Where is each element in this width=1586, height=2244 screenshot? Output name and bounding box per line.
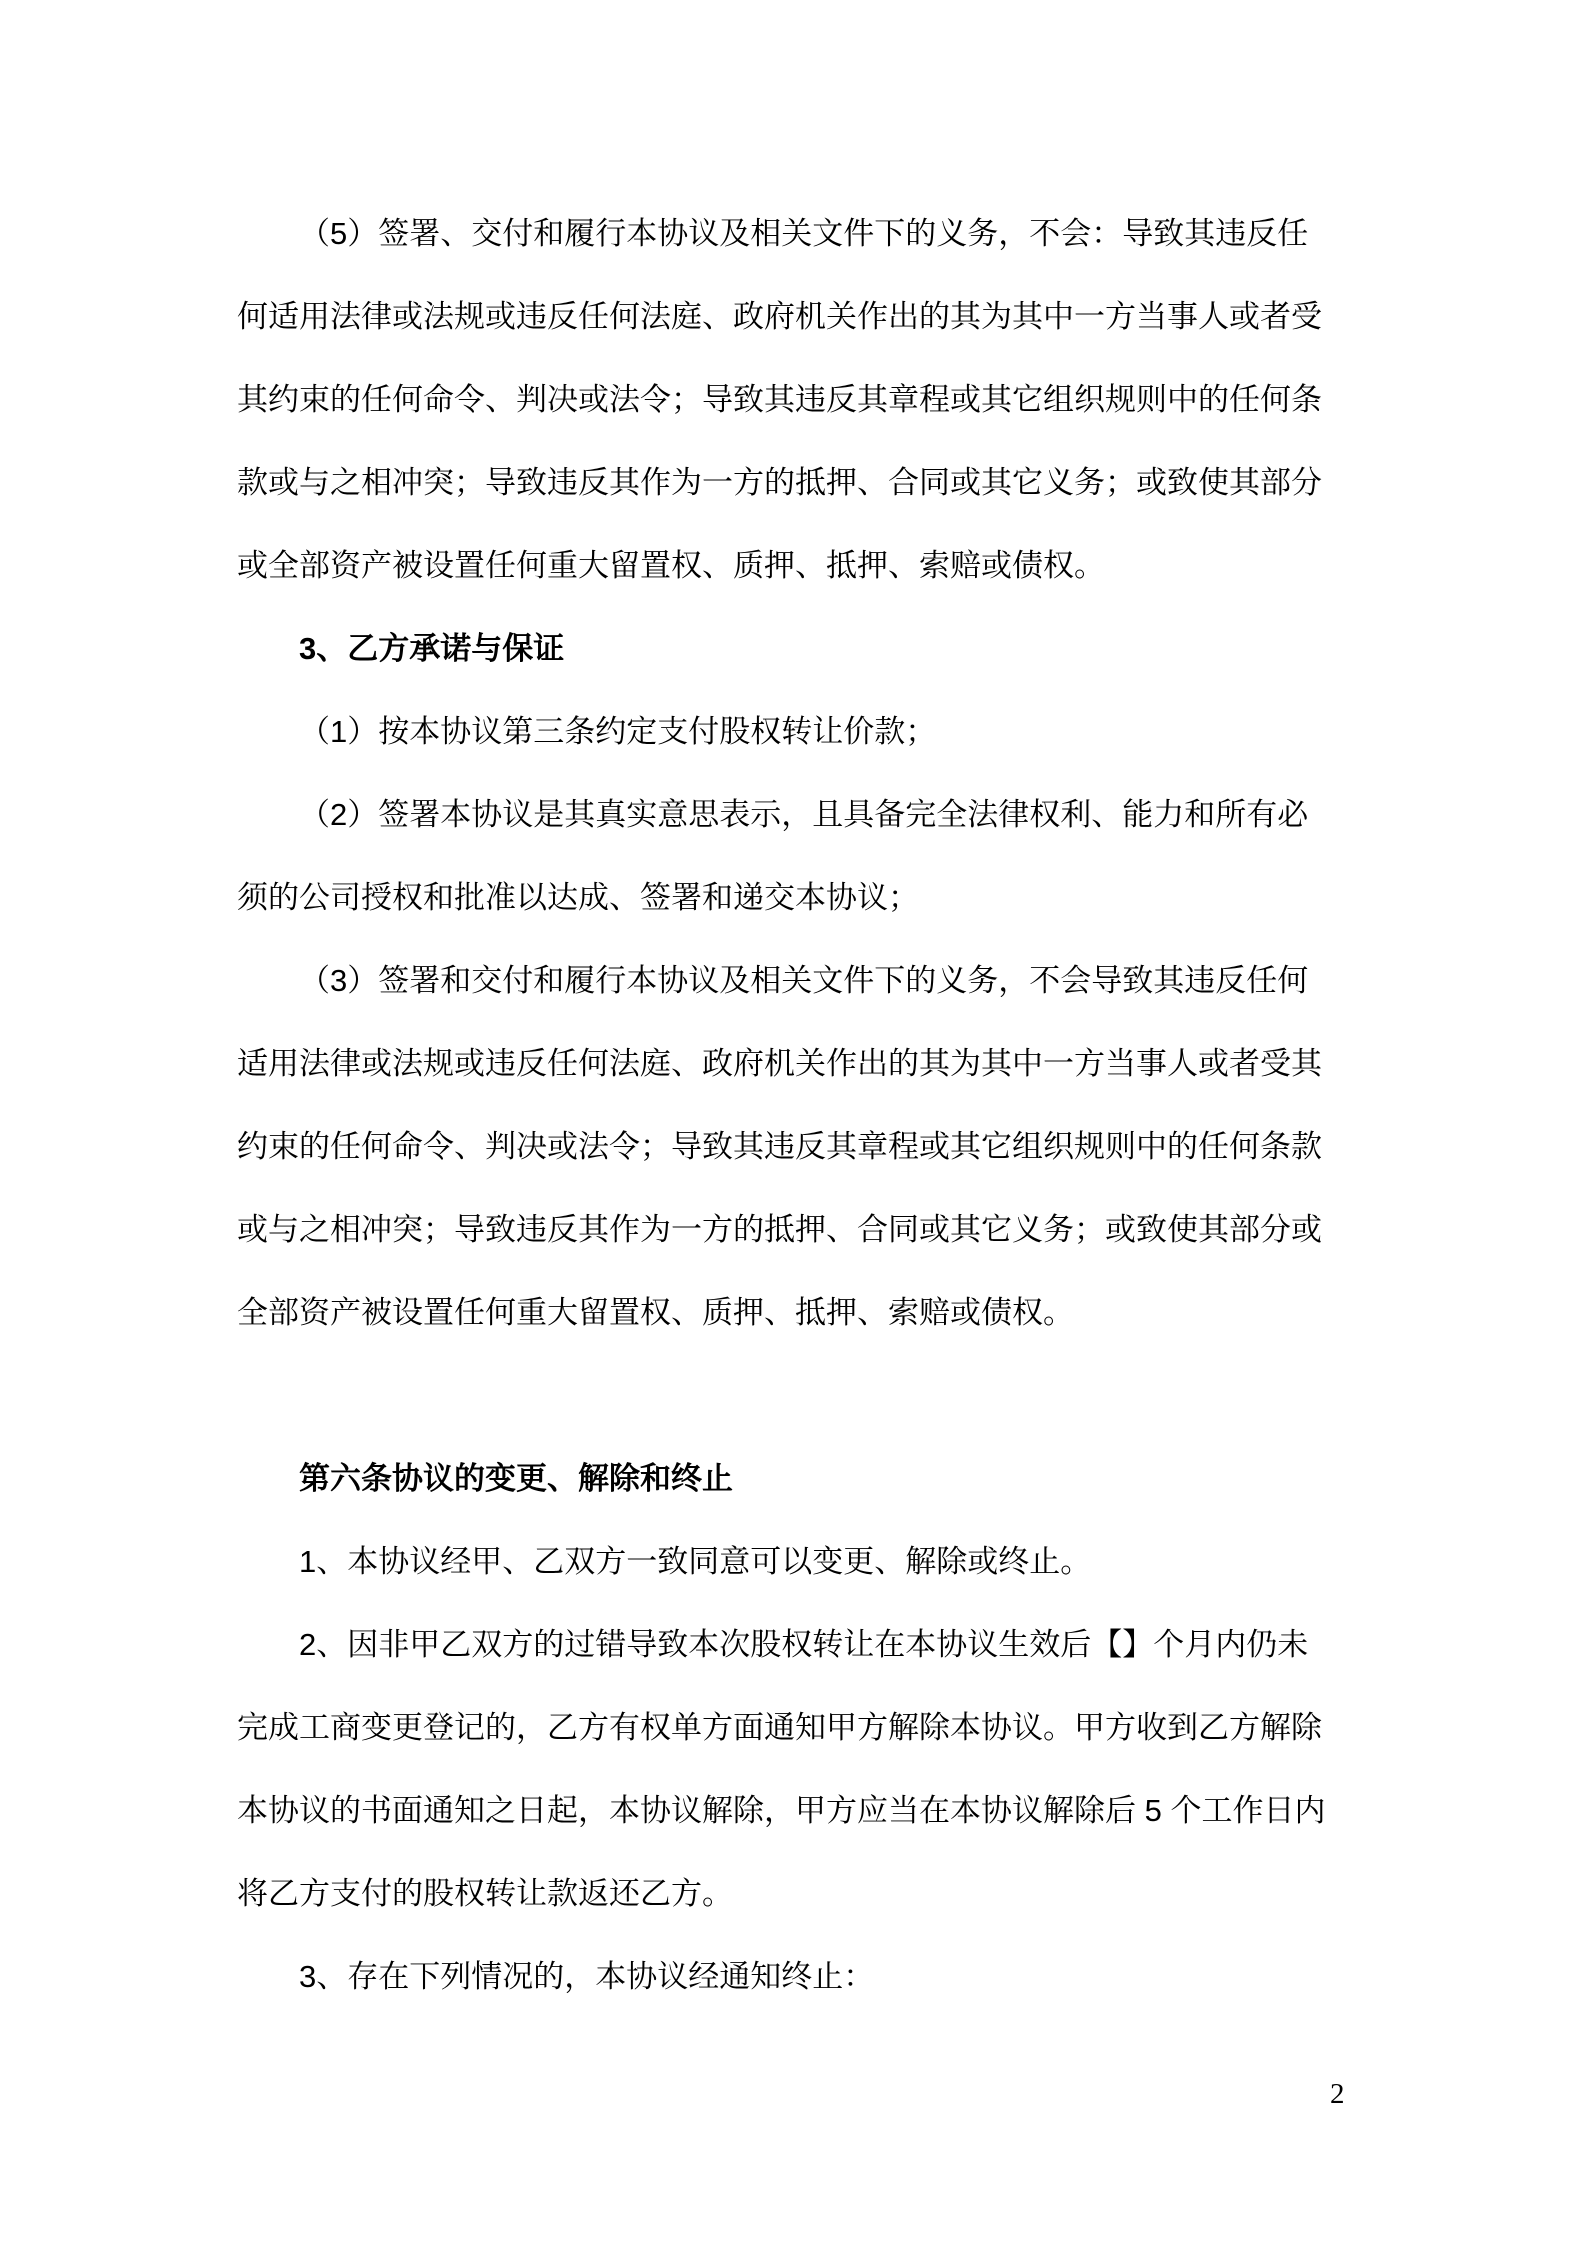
document-line: 2、因非甲乙双方的过错导致本次股权转让在本协议生效后【】个月内仍未 [237,1603,1353,1686]
document-line: 将乙方支付的股权转让款返还乙方。 [237,1852,1353,1935]
document-line: 本协议的书面通知之日起，本协议解除，甲方应当在本协议解除后 5 个工作日内 [237,1769,1353,1852]
heading-line: 第六条协议的变更、解除和终止 [237,1437,1353,1520]
document-body: （5）签署、交付和履行本协议及相关文件下的义务，不会：导致其违反任何适用法律或法… [237,192,1353,2018]
document-line: 适用法律或法规或违反任何法庭、政府机关作出的其为其中一方当事人或者受其 [237,1022,1353,1105]
document-line: 或与之相冲突；导致违反其作为一方的抵押、合同或其它义务；或致使其部分或 [237,1188,1353,1271]
document-line: 款或与之相冲突；导致违反其作为一方的抵押、合同或其它义务；或致使其部分 [237,441,1353,524]
document-line: 须的公司授权和批准以达成、签署和递交本协议； [237,856,1353,939]
document-line: （3）签署和交付和履行本协议及相关文件下的义务，不会导致其违反任何 [237,939,1353,1022]
document-line: 1、本协议经甲、乙双方一致同意可以变更、解除或终止。 [237,1520,1353,1603]
document-line: 或全部资产被设置任何重大留置权、质押、抵押、索赔或债权。 [237,524,1353,607]
document-line: 3、存在下列情况的，本协议经通知终止： [237,1935,1353,2018]
document-line: （5）签署、交付和履行本协议及相关文件下的义务，不会：导致其违反任 [237,192,1353,275]
document-page: （5）签署、交付和履行本协议及相关文件下的义务，不会：导致其违反任何适用法律或法… [0,0,1586,2244]
document-line: 全部资产被设置任何重大留置权、质押、抵押、索赔或债权。 [237,1271,1353,1354]
document-line: 约束的任何命令、判决或法令；导致其违反其章程或其它组织规则中的任何条款 [237,1105,1353,1188]
document-line [237,1354,1353,1437]
document-line: 其约束的任何命令、判决或法令；导致其违反其章程或其它组织规则中的任何条 [237,358,1353,441]
document-line: （2）签署本协议是其真实意思表示，且具备完全法律权利、能力和所有必 [237,773,1353,856]
document-line: 何适用法律或法规或违反任何法庭、政府机关作出的其为其中一方当事人或者受 [237,275,1353,358]
document-line: 完成工商变更登记的，乙方有权单方面通知甲方解除本协议。甲方收到乙方解除 [237,1686,1353,1769]
document-line: （1）按本协议第三条约定支付股权转让价款； [237,690,1353,773]
page-number: 2 [1330,2080,1345,2109]
heading-line: 3、乙方承诺与保证 [237,607,1353,690]
